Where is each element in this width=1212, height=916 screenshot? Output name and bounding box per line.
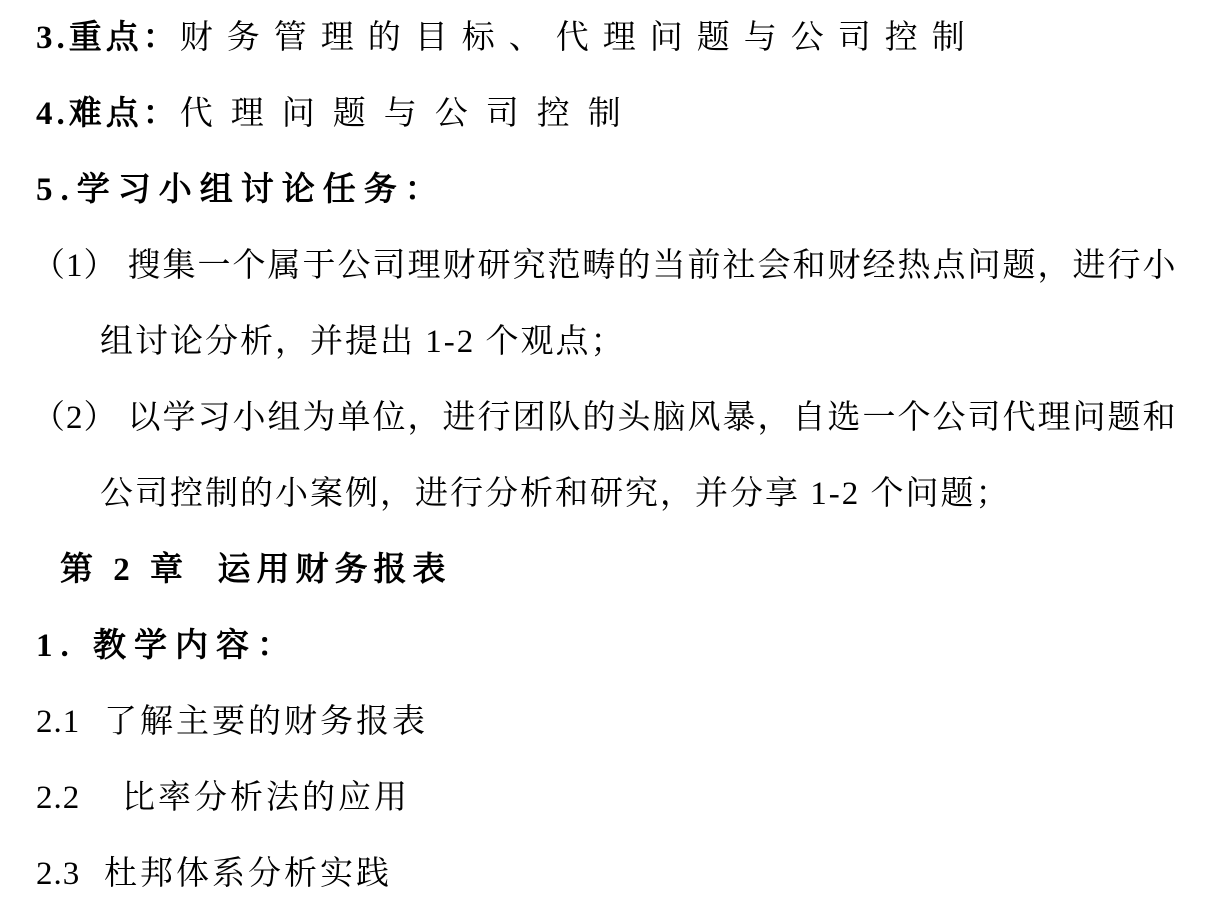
teaching-content-label: 1. 教学内容： <box>36 630 298 663</box>
task-item-2-text: 以学习小组为单位，进行团队的头脑风暴，自选一个公司代理问题和 <box>128 402 1178 435</box>
section-2-1-number: 2.1 <box>36 706 104 739</box>
chapter-2-heading-text: 第 2 章 运用财务报表 <box>60 554 452 587</box>
task-item-2-line: （2） 以学习小组为单位，进行团队的头脑风暴，自选一个公司代理问题和 <box>0 380 1212 456</box>
difficult-points-label: 4.难点： <box>36 98 180 131</box>
group-discussion-task-heading: 5.学习小组讨论任务： <box>0 152 1212 228</box>
section-2-3-line: 2.3 杜邦体系分析实践 <box>0 836 1212 912</box>
task-item-1-text: 搜集一个属于公司理财研究范畴的当前社会和财经热点问题，进行小 <box>128 250 1178 283</box>
section-2-2-text: 比率分析法的应用 <box>122 782 410 815</box>
section-2-2-number: 2.2 <box>36 782 122 815</box>
section-2-1-line: 2.1 了解主要的财务报表 <box>0 684 1212 760</box>
task-item-1-continuation-text: 组讨论分析，并提出 1-2 个观点； <box>100 326 626 359</box>
key-points-label: 3.重点： <box>36 22 180 55</box>
key-points-text: 财务管理的目标、代理问题与公司控制 <box>180 22 979 55</box>
task-item-1-marker: （1） <box>32 250 118 283</box>
section-2-3-text: 杜邦体系分析实践 <box>104 858 392 891</box>
chapter-2-heading-line: 第 2 章 运用财务报表 <box>0 532 1212 608</box>
group-discussion-task-label: 5.学习小组讨论任务： <box>36 174 446 207</box>
task-item-2-marker: （2） <box>32 402 118 435</box>
task-item-1-continuation-line: 组讨论分析，并提出 1-2 个观点； <box>0 304 1212 380</box>
task-item-2-continuation-line: 公司控制的小案例，进行分析和研究，并分享 1-2 个问题； <box>0 456 1212 532</box>
difficult-points-text: 代理问题与公司控制 <box>180 98 639 131</box>
document-page: 3.重点： 财务管理的目标、代理问题与公司控制 4.难点： 代理问题与公司控制 … <box>0 0 1212 916</box>
section-2-3-number: 2.3 <box>36 858 104 891</box>
task-item-1-line: （1） 搜集一个属于公司理财研究范畴的当前社会和财经热点问题，进行小 <box>0 228 1212 304</box>
section-2-1-text: 了解主要的财务报表 <box>104 706 428 739</box>
teaching-content-heading-line: 1. 教学内容： <box>0 608 1212 684</box>
section-2-2-line: 2.2 比率分析法的应用 <box>0 760 1212 836</box>
difficult-points-line: 4.难点： 代理问题与公司控制 <box>0 76 1212 152</box>
key-points-line: 3.重点： 财务管理的目标、代理问题与公司控制 <box>0 0 1212 76</box>
task-item-2-continuation-text: 公司控制的小案例，进行分析和研究，并分享 1-2 个问题； <box>100 478 1011 511</box>
